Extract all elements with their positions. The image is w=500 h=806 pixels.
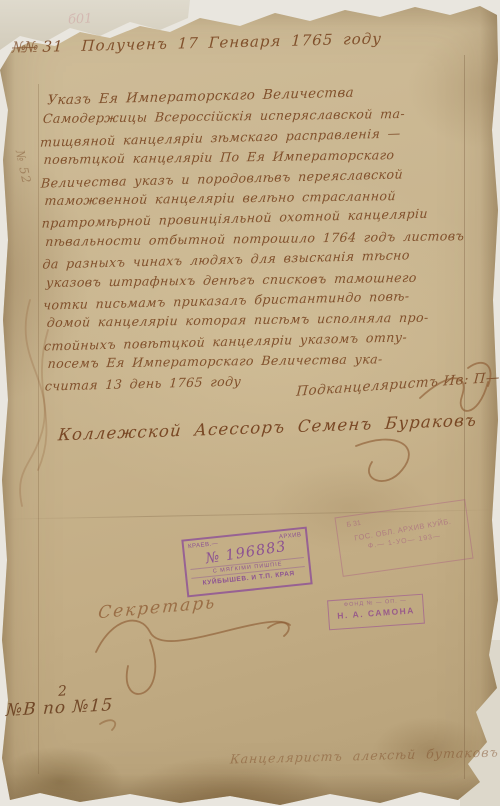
bottom-left-annotation: 2 №В по №15 <box>6 682 113 718</box>
left-margin-rule <box>38 84 39 774</box>
manuscript-body: Указъ Ея Императорскаго Величества Самод… <box>39 84 485 398</box>
register-number: 31 <box>42 37 64 56</box>
stamp-header-left: КРАЕВ.— <box>188 541 219 550</box>
ink-bleed-mark: б01 <box>68 11 93 27</box>
scanned-manuscript-page: { "page": { "background": "#e9e6df" }, "… <box>0 0 500 806</box>
annotation-number-range: №В по №15 <box>6 695 114 721</box>
crossed-out-mark: №№ <box>12 38 37 57</box>
